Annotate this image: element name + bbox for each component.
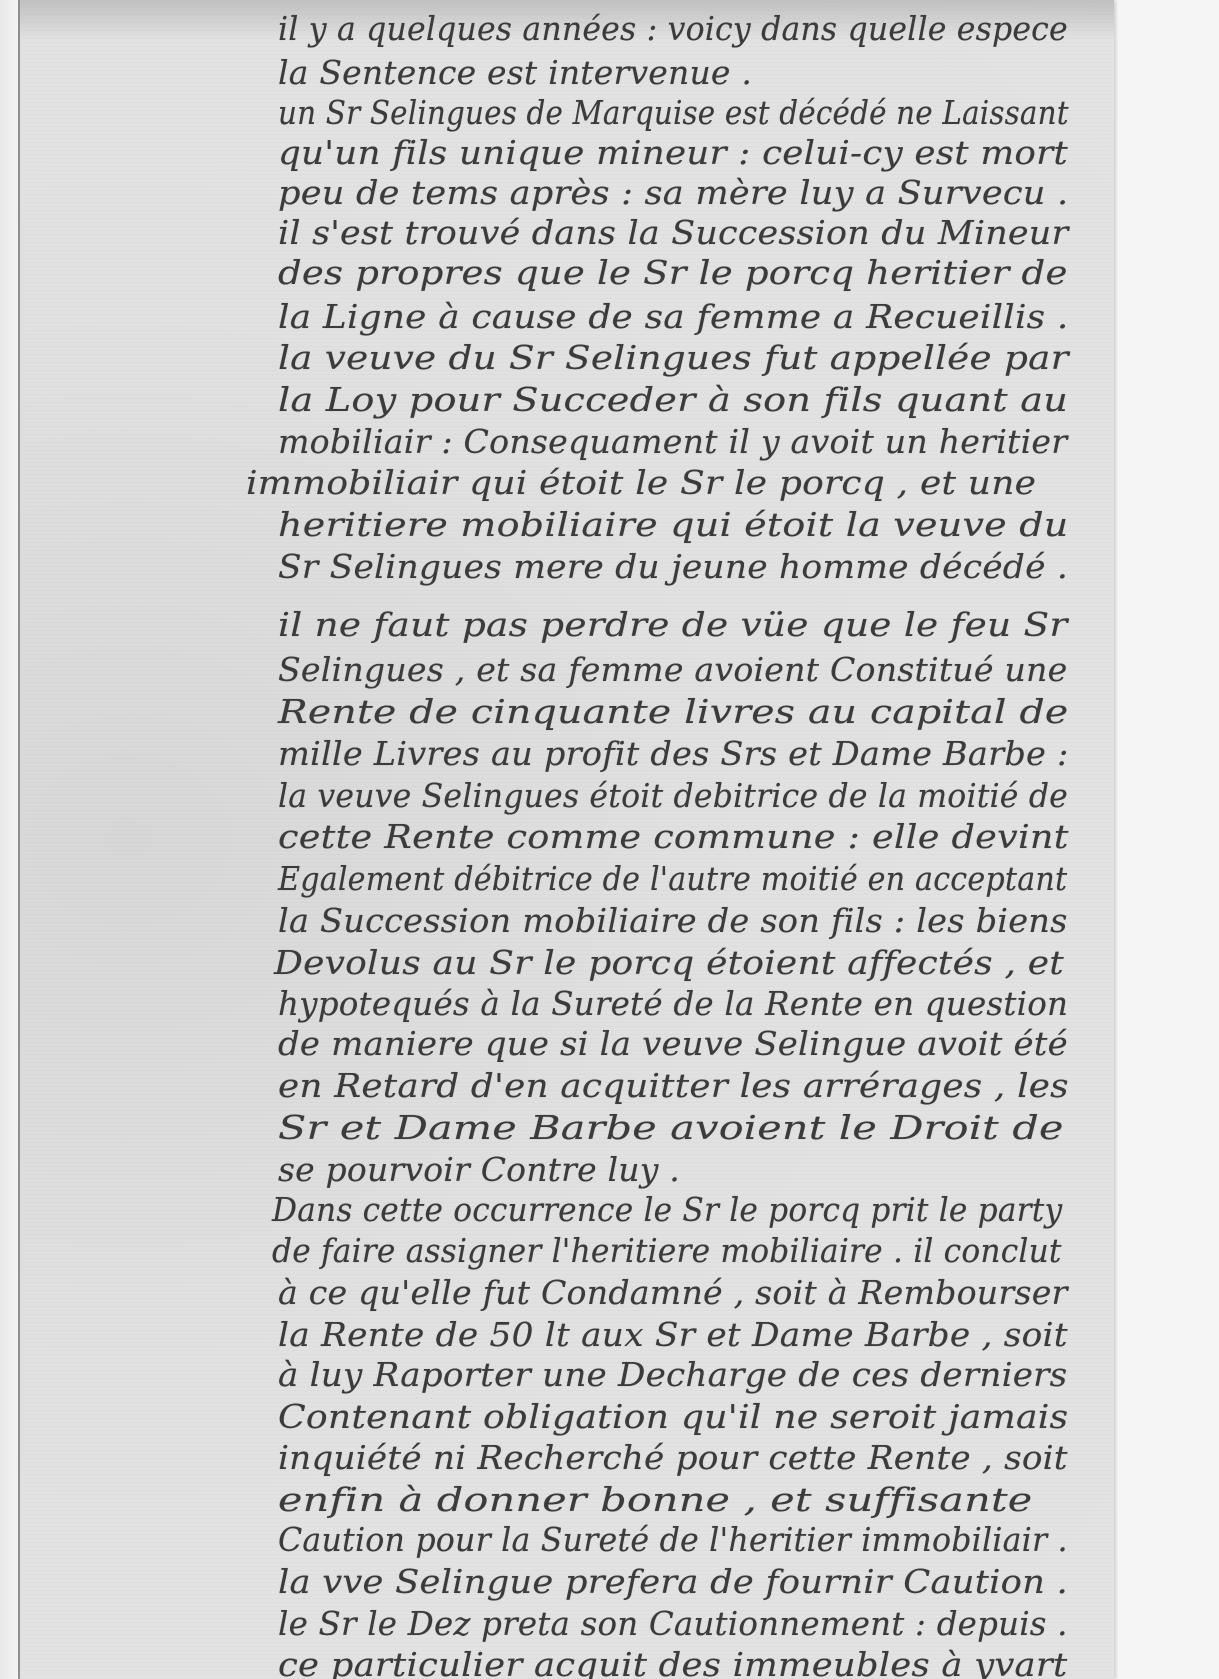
manuscript-line: il s'est trouvé dans la Succession du Mi…: [278, 213, 1068, 252]
manuscript-line: à ce qu'elle fut Condamné , soit à Rembo…: [278, 1273, 1068, 1312]
manuscript-line: la vve Selingue prefera de fournir Cauti…: [278, 1562, 1068, 1601]
manuscript-line: immobiliair qui étoit le Sr le porcq , e…: [246, 463, 1036, 502]
manuscript-line: heritiere mobiliaire qui étoit la veuve …: [278, 505, 1069, 544]
manuscript-line: Caution pour la Sureté de l'heritier imm…: [278, 1520, 1068, 1559]
manuscript-line: mille Livres au profit des Srs et Dame B…: [278, 734, 1069, 773]
manuscript-line: la Loy pour Succeder à son fils quant au: [278, 380, 1068, 419]
manuscript-line: hypotequés à la Sureté de la Rente en qu…: [278, 984, 1068, 1023]
manuscript-line: la veuve du Sr Selingues fut appellée pa…: [278, 338, 1069, 377]
manuscript-line: Contenant obligation qu'il ne seroit jam…: [278, 1397, 1068, 1436]
manuscript-line: de faire assigner l'heritiere mobiliaire…: [272, 1231, 1062, 1270]
manuscript-line: Selingues , et sa femme avoient Constitu…: [278, 650, 1067, 689]
manuscript-line: Rente de cinquante livres au capital de: [278, 692, 1068, 731]
manuscript-line: inquiété ni Recherché pour cette Rente ,…: [278, 1438, 1068, 1477]
manuscript-line: des propres que le Sr le porcq heritier …: [278, 253, 1068, 292]
manuscript-line: le Sr le Dez preta son Cautionnement : d…: [278, 1604, 1068, 1643]
manuscript-line: à luy Raporter une Decharge de ces derni…: [278, 1355, 1067, 1394]
manuscript-line: la Rente de 50 lt aux Sr et Dame Barbe ,…: [278, 1315, 1068, 1354]
manuscript-line: Sr Selingues mere du jeune homme décédé …: [278, 547, 1068, 586]
manuscript-line: la Sentence est intervenue .: [278, 53, 752, 92]
manuscript-line: cette Rente comme commune : elle devint: [278, 817, 1069, 856]
manuscript-line: la Succession mobiliaire de son fils : l…: [278, 901, 1068, 940]
manuscript-line: un Sr Selingues de Marquise est décédé n…: [278, 93, 1069, 132]
manuscript-line: qu'un fils unique mineur : celui-cy est …: [278, 133, 1068, 172]
manuscript-line: enfin à donner bonne , et suffisante: [278, 1480, 1032, 1519]
manuscript-line: de maniere que si la veuve Selingue avoi…: [278, 1024, 1068, 1063]
manuscript-line: il ne faut pas perdre de vüe que le feu …: [278, 605, 1068, 644]
manuscript-line: Sr et Dame Barbe avoient le Droit de: [278, 1108, 1064, 1147]
manuscript-line: Devolus au Sr le porcq étoient affectés …: [274, 943, 1064, 982]
manuscript-line: la veuve Selingues étoit debitrice de la…: [278, 776, 1068, 815]
manuscript-line: mobiliair : Consequament il y avoit un h…: [278, 422, 1067, 461]
manuscript-line: ce particulier acquit des immeubles à yv…: [278, 1645, 1067, 1679]
manuscript-line: Egalement débitrice de l'autre moitié en…: [278, 859, 1067, 898]
manuscript-line: Dans cette occurrence le Sr le porcq pri…: [272, 1190, 1062, 1229]
manuscript-line: se pourvoir Contre luy .: [278, 1150, 680, 1189]
manuscript-line: la Ligne à cause de sa femme a Recueilli…: [278, 297, 1069, 336]
manuscript-page: il y a quelques années : voicy dans quel…: [18, 0, 1114, 1679]
manuscript-line: peu de tems après : sa mère luy a Survec…: [278, 173, 1068, 212]
bleed-through-text-left: [50, 0, 280, 1679]
manuscript-line: en Retard d'en acquitter les arrérages ,…: [278, 1066, 1069, 1105]
manuscript-line: il y a quelques années : voicy dans quel…: [278, 9, 1068, 48]
